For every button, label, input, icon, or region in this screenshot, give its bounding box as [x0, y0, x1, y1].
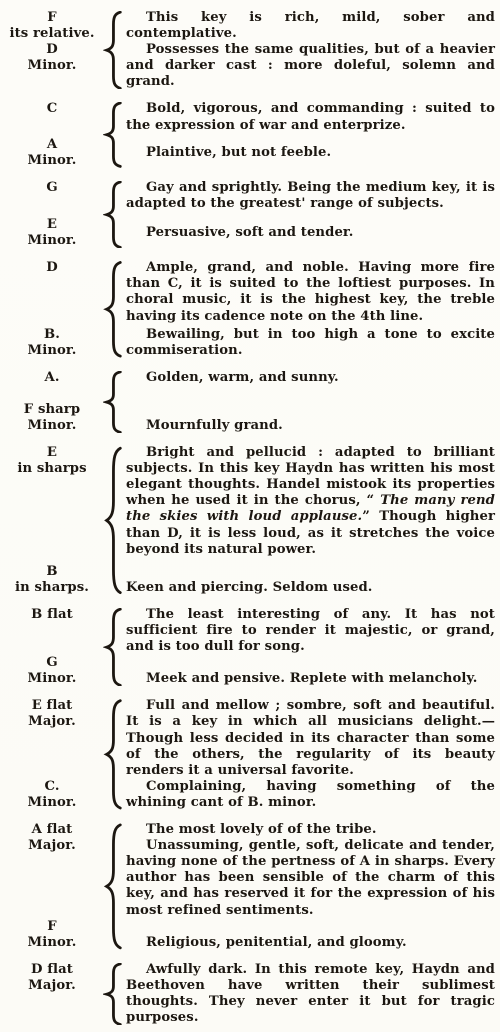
key-characteristics-list: Fits relative.This key is rich, mild, so…: [2, 10, 497, 1026]
key-label: Minor.: [2, 795, 102, 811]
description-text: Unassuming, gentle, soft, delicate and t…: [126, 838, 495, 917]
brace-icon: [102, 180, 126, 249]
key-description-block: Plaintive, but not feeble.: [126, 137, 497, 169]
key-description-block: Ample, grand, and noble. Having more fir…: [126, 260, 497, 324]
key-label-block: AMinor.: [2, 137, 102, 169]
key-label: D flat: [2, 962, 102, 978]
key-label: Major.: [2, 838, 102, 854]
key-description: Meek and pensive. Replete with melanchol…: [126, 671, 495, 687]
key-label-block: Bin sharps.: [2, 564, 102, 596]
key-label: Major.: [2, 978, 102, 994]
key-description-block: Mournfully grand.: [126, 402, 497, 434]
description-text: Bold, vigorous, and commanding : suited …: [126, 101, 495, 132]
key-description-block: Persuasive, soft and tender.: [126, 217, 497, 249]
key-label-block: C: [2, 101, 102, 133]
key-description-block: Gay and sprightly. Being the medium key,…: [126, 180, 497, 212]
key-description: The most lovely of of the tribe.: [126, 822, 495, 838]
key-label: D: [2, 42, 102, 58]
key-description: Bright and pellucid : adapted to brillia…: [126, 445, 495, 558]
key-description-block: Meek and pensive. Replete with melanchol…: [126, 655, 497, 687]
key-label-block: FMinor.: [2, 919, 102, 951]
key-label: Major.: [2, 714, 102, 730]
key-label: A.: [2, 370, 102, 386]
key-label: in sharps.: [2, 580, 102, 596]
description-text: Awfully dark. In this remote key, Haydn …: [126, 962, 495, 1025]
key-label: in sharps: [2, 461, 102, 477]
key-label-block: DMinor.: [2, 42, 102, 90]
key-label-block: D flatMajor.: [2, 962, 102, 1026]
key-description-block: Complaining, having something of the whi…: [126, 779, 497, 811]
key-group: GGay and sprightly. Being the medium key…: [2, 180, 497, 249]
description-text: The least interesting of any. It has not…: [126, 607, 495, 654]
key-description-block: This key is rich, mild, sober and contem…: [126, 10, 497, 42]
key-group: B flatThe least interesting of any. It h…: [2, 607, 497, 687]
key-label-block: F sharpMinor.: [2, 402, 102, 434]
key-description: Persuasive, soft and tender.: [126, 225, 495, 241]
key-description: Gay and sprightly. Being the medium key,…: [126, 180, 495, 212]
description-text: The most lovely of of the tribe.: [146, 822, 377, 837]
brace-icon: [102, 10, 126, 90]
key-label: F sharp: [2, 402, 102, 418]
key-group: A.Golden, warm, and sunny.F sharpMinor.M…: [2, 370, 497, 434]
key-label-block: EMinor.: [2, 217, 102, 249]
brace-icon: [102, 370, 126, 434]
key-label-block: G: [2, 180, 102, 212]
brace-icon: [102, 962, 126, 1026]
key-label: A flat: [2, 822, 102, 838]
brace-icon: [102, 445, 126, 596]
brace-icon: [102, 101, 126, 168]
key-description: Golden, warm, and sunny.: [126, 370, 495, 386]
key-group: Fits relative.This key is rich, mild, so…: [2, 10, 497, 90]
key-group: Ein sharpsBright and pellucid : adapted …: [2, 445, 497, 596]
key-label: its relative.: [2, 26, 102, 42]
key-label: A: [2, 137, 102, 153]
key-label-block: C.Minor.: [2, 779, 102, 811]
description-text: Possesses the same qualities, but of a h…: [126, 42, 495, 89]
key-label: C.: [2, 779, 102, 795]
key-label-block: E flatMajor.: [2, 698, 102, 778]
brace-icon: [102, 822, 126, 951]
brace-icon: [102, 260, 126, 359]
description-text: Persuasive, soft and tender.: [146, 225, 353, 240]
key-label: F: [2, 10, 102, 26]
key-label: Minor.: [2, 233, 102, 249]
key-description-block: The most lovely of of the tribe.Unassumi…: [126, 822, 497, 919]
description-text: Golden, warm, and sunny.: [146, 370, 339, 385]
key-label-block: A flatMajor.: [2, 822, 102, 919]
key-description: This key is rich, mild, sober and contem…: [126, 10, 495, 42]
key-group: DAmple, grand, and noble. Having more fi…: [2, 260, 497, 359]
key-label: Minor.: [2, 418, 102, 434]
key-description-block: Golden, warm, and sunny.: [126, 370, 497, 386]
key-label: G: [2, 180, 102, 196]
key-label-block: B flat: [2, 607, 102, 655]
description-text: Mournfully grand.: [146, 418, 283, 433]
description-text: Full and mellow ; sombre, soft and beaut…: [126, 698, 495, 777]
key-description: Religious, penitential, and gloomy.: [126, 935, 495, 951]
key-label: G: [2, 655, 102, 671]
key-label: D: [2, 260, 102, 276]
description-text: Religious, penitential, and gloomy.: [146, 935, 407, 950]
brace-icon: [102, 607, 126, 687]
key-label-block: B.Minor.: [2, 327, 102, 359]
key-description-block: Full and mellow ; sombre, soft and beaut…: [126, 698, 497, 778]
key-label: Minor.: [2, 153, 102, 169]
key-description: Mournfully grand.: [126, 418, 495, 434]
key-group: E flatMajor.Full and mellow ; sombre, so…: [2, 698, 497, 811]
key-description: Bewailing, but in too high a tone to exc…: [126, 327, 495, 359]
key-label: Minor.: [2, 58, 102, 74]
key-label: B flat: [2, 607, 102, 623]
key-label-block: Fits relative.: [2, 10, 102, 42]
key-description-block: Possesses the same qualities, but of a h…: [126, 42, 497, 90]
description-text: Plaintive, but not feeble.: [146, 145, 331, 160]
key-label: Minor.: [2, 935, 102, 951]
key-description: The least interesting of any. It has not…: [126, 607, 495, 655]
description-text: Complaining, having something of the whi…: [126, 779, 495, 810]
key-description-block: Keen and piercing. Seldom used.: [126, 564, 497, 596]
brace-icon: [102, 698, 126, 811]
key-description: Full and mellow ; sombre, soft and beaut…: [126, 698, 495, 778]
key-description-block: Bold, vigorous, and commanding : suited …: [126, 101, 497, 133]
description-text: Bewailing, but in too high a tone to exc…: [126, 327, 495, 358]
key-label: B: [2, 564, 102, 580]
key-label: E flat: [2, 698, 102, 714]
key-label: Minor.: [2, 343, 102, 359]
key-label: C: [2, 101, 102, 117]
key-description: Ample, grand, and noble. Having more fir…: [126, 260, 495, 324]
key-description: Possesses the same qualities, but of a h…: [126, 42, 495, 90]
key-description-block: The least interesting of any. It has not…: [126, 607, 497, 655]
key-description-block: Bright and pellucid : adapted to brillia…: [126, 445, 497, 558]
key-description: Plaintive, but not feeble.: [126, 145, 495, 161]
key-label-block: GMinor.: [2, 655, 102, 687]
key-label: F: [2, 919, 102, 935]
key-description-block: Bewailing, but in too high a tone to exc…: [126, 327, 497, 359]
key-description: Awfully dark. In this remote key, Haydn …: [126, 962, 495, 1026]
key-description: Complaining, having something of the whi…: [126, 779, 495, 811]
key-label-block: A.: [2, 370, 102, 386]
book-page: Fits relative.This key is rich, mild, so…: [0, 0, 500, 1032]
description-text: Keen and piercing. Seldom used.: [126, 580, 372, 595]
description-text: This key is rich, mild, sober and contem…: [126, 10, 495, 41]
description-text: Meek and pensive. Replete with melanchol…: [146, 671, 477, 686]
key-group: A flatMajor.The most lovely of of the tr…: [2, 822, 497, 951]
key-label: E: [2, 217, 102, 233]
key-description-block: Awfully dark. In this remote key, Haydn …: [126, 962, 497, 1026]
key-label: B.: [2, 327, 102, 343]
key-label-block: D: [2, 260, 102, 324]
key-group: D flatMajor.Awfully dark. In this remote…: [2, 962, 497, 1026]
key-description: Keen and piercing. Seldom used.: [126, 580, 495, 596]
key-group: CBold, vigorous, and commanding : suited…: [2, 101, 497, 168]
description-text: Gay and sprightly. Being the medium key,…: [126, 180, 495, 211]
key-description: Bold, vigorous, and commanding : suited …: [126, 101, 495, 133]
key-description: Unassuming, gentle, soft, delicate and t…: [126, 838, 495, 918]
key-label: E: [2, 445, 102, 461]
key-description-block: Religious, penitential, and gloomy.: [126, 919, 497, 951]
description-text: Ample, grand, and noble. Having more fir…: [126, 260, 495, 323]
key-label: Minor.: [2, 671, 102, 687]
key-label-block: Ein sharps: [2, 445, 102, 558]
